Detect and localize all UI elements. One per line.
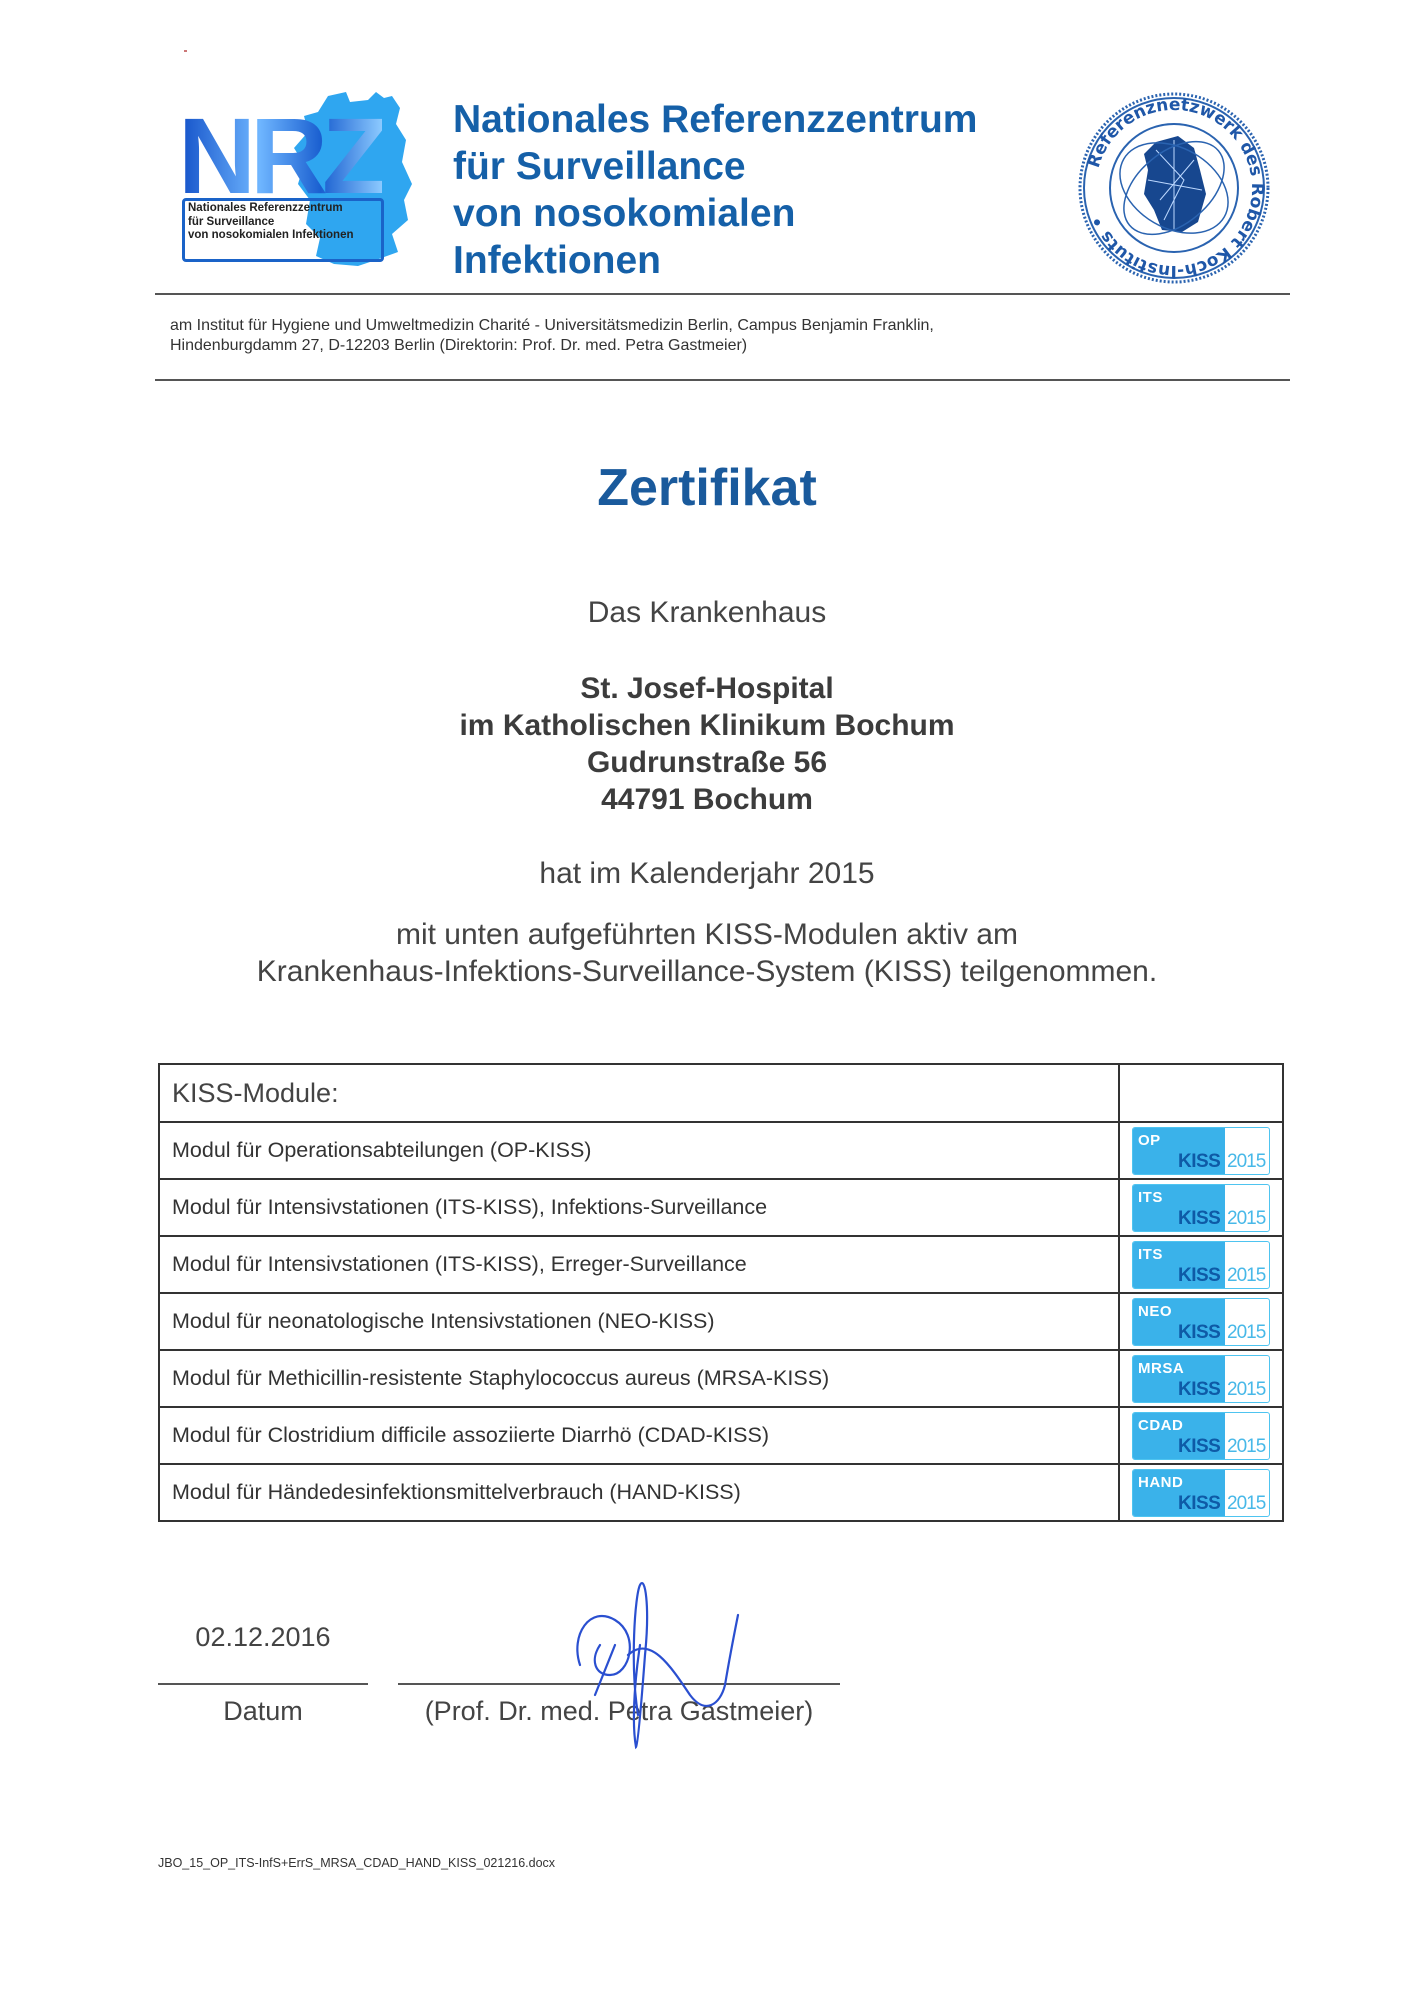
table-row: Modul für Intensivstationen (ITS-KISS), … bbox=[159, 1236, 1283, 1293]
organisation-title: Nationales Referenzzentrum für Surveilla… bbox=[453, 96, 977, 284]
badge-abbr: ITS bbox=[1138, 1189, 1163, 1206]
logo-line: Nationales Referenzzentrum bbox=[188, 202, 354, 216]
module-badge-cell: MRSAKISS2015 bbox=[1119, 1350, 1283, 1407]
hospital-street: Gudrunstraße 56 bbox=[0, 744, 1414, 781]
module-badge-cell: NEOKISS2015 bbox=[1119, 1293, 1283, 1350]
title-line: Nationales Referenzzentrum bbox=[453, 96, 977, 143]
nrz-logo-text: Nationales Referenzzentrum für Surveilla… bbox=[188, 202, 354, 243]
table-row: Modul für Operationsabteilungen (OP-KISS… bbox=[159, 1122, 1283, 1179]
kiss-2015-badge-icon: OPKISS2015 bbox=[1132, 1127, 1270, 1175]
address-line: Hindenburgdamm 27, D-12203 Berlin (Direk… bbox=[170, 336, 934, 356]
module-label: Modul für Intensivstationen (ITS-KISS), … bbox=[159, 1179, 1119, 1236]
module-badge-cell: ITSKISS2015 bbox=[1119, 1236, 1283, 1293]
badge-abbr: NEO bbox=[1138, 1303, 1172, 1320]
title-line: Infektionen bbox=[453, 237, 977, 284]
table-header-row: KISS-Module: bbox=[159, 1064, 1283, 1122]
badge-abbr: OP bbox=[1138, 1132, 1161, 1149]
module-badge-cell: ITSKISS2015 bbox=[1119, 1179, 1283, 1236]
nrz-logo: NRZ Nationales Referenzzentrum für Surve… bbox=[178, 88, 416, 268]
logo-line: von nosokomialen Infektionen bbox=[188, 229, 354, 243]
badge-abbr: MRSA bbox=[1138, 1360, 1184, 1377]
handwritten-signature-icon bbox=[540, 1575, 750, 1755]
participation-line: Krankenhaus-Infektions-Surveillance-Syst… bbox=[0, 953, 1414, 990]
participation-statement: mit unten aufgeführten KISS-Modulen akti… bbox=[0, 916, 1414, 990]
document-filename: JBO_15_OP_ITS-InfS+ErrS_MRSA_CDAD_HAND_K… bbox=[158, 1856, 555, 1870]
badge-kiss: KISS bbox=[1178, 1208, 1220, 1230]
kiss-2015-badge-icon: CDADKISS2015 bbox=[1132, 1412, 1270, 1460]
certificate-title: Zertifikat bbox=[0, 458, 1414, 518]
module-label: Modul für neonatologische Intensivstatio… bbox=[159, 1293, 1119, 1350]
badge-year: 2015 bbox=[1227, 1322, 1265, 1344]
module-label: Modul für Clostridium difficile assoziie… bbox=[159, 1407, 1119, 1464]
badge-kiss: KISS bbox=[1178, 1379, 1220, 1401]
hospital-city: 44791 Bochum bbox=[0, 781, 1414, 818]
title-line: für Surveillance bbox=[453, 143, 977, 190]
hospital-name: St. Josef-Hospital bbox=[0, 670, 1414, 707]
module-label: Modul für Methicillin-resistente Staphyl… bbox=[159, 1350, 1119, 1407]
badge-year: 2015 bbox=[1227, 1151, 1265, 1173]
table-row: Modul für neonatologische Intensivstatio… bbox=[159, 1293, 1283, 1350]
kiss-2015-badge-icon: HANDKISS2015 bbox=[1132, 1469, 1270, 1517]
address-line: am Institut für Hygiene und Umweltmedizi… bbox=[170, 316, 934, 336]
module-label: Modul für Operationsabteilungen (OP-KISS… bbox=[159, 1122, 1119, 1179]
badge-kiss: KISS bbox=[1178, 1493, 1220, 1515]
hospital-affiliation: im Katholischen Klinikum Bochum bbox=[0, 707, 1414, 744]
institute-address: am Institut für Hygiene und Umweltmedizi… bbox=[170, 316, 934, 356]
badge-year: 2015 bbox=[1227, 1379, 1265, 1401]
module-badge-cell: CDADKISS2015 bbox=[1119, 1407, 1283, 1464]
kiss-2015-badge-icon: ITSKISS2015 bbox=[1132, 1241, 1270, 1289]
header-divider bbox=[155, 293, 1290, 295]
module-badge-cell: HANDKISS2015 bbox=[1119, 1464, 1283, 1521]
kiss-2015-badge-icon: MRSAKISS2015 bbox=[1132, 1355, 1270, 1403]
kiss-2015-badge-icon: ITSKISS2015 bbox=[1132, 1184, 1270, 1232]
hospital-address-block: St. Josef-Hospital im Katholischen Klini… bbox=[0, 670, 1414, 818]
module-label: Modul für Händedesinfektionsmittelverbra… bbox=[159, 1464, 1119, 1521]
title-line: von nosokomialen bbox=[453, 190, 977, 237]
badge-abbr: ITS bbox=[1138, 1246, 1163, 1263]
date-label: Datum bbox=[158, 1696, 368, 1727]
logo-line: für Surveillance bbox=[188, 216, 354, 230]
badge-abbr: HAND bbox=[1138, 1474, 1183, 1491]
badge-kiss: KISS bbox=[1178, 1436, 1220, 1458]
signature-date: 02.12.2016 bbox=[158, 1622, 368, 1653]
scan-speck bbox=[184, 50, 187, 52]
table-row: Modul für Händedesinfektionsmittelverbra… bbox=[159, 1464, 1283, 1521]
badge-kiss: KISS bbox=[1178, 1322, 1220, 1344]
calendar-year-line: hat im Kalenderjahr 2015 bbox=[0, 857, 1414, 891]
badge-kiss: KISS bbox=[1178, 1151, 1220, 1173]
date-line bbox=[158, 1683, 368, 1685]
table-header-empty-cell bbox=[1119, 1064, 1283, 1122]
rki-seal-icon: Referenznetzwerk des Robert Koch-Institu… bbox=[1074, 90, 1274, 286]
table-header-label: KISS-Module: bbox=[159, 1064, 1119, 1122]
table-row: Modul für Intensivstationen (ITS-KISS), … bbox=[159, 1179, 1283, 1236]
module-badge-cell: OPKISS2015 bbox=[1119, 1122, 1283, 1179]
nrz-letters: NRZ bbox=[178, 106, 382, 206]
badge-abbr: CDAD bbox=[1138, 1417, 1183, 1434]
badge-year: 2015 bbox=[1227, 1265, 1265, 1287]
kiss-2015-badge-icon: NEOKISS2015 bbox=[1132, 1298, 1270, 1346]
address-divider bbox=[155, 379, 1290, 381]
hospital-intro: Das Krankenhaus bbox=[0, 596, 1414, 630]
badge-year: 2015 bbox=[1227, 1436, 1265, 1458]
badge-year: 2015 bbox=[1227, 1208, 1265, 1230]
table-row: Modul für Clostridium difficile assoziie… bbox=[159, 1407, 1283, 1464]
table-row: Modul für Methicillin-resistente Staphyl… bbox=[159, 1350, 1283, 1407]
kiss-modules-table: KISS-Module: Modul für Operationsabteilu… bbox=[158, 1063, 1284, 1522]
badge-year: 2015 bbox=[1227, 1493, 1265, 1515]
module-label: Modul für Intensivstationen (ITS-KISS), … bbox=[159, 1236, 1119, 1293]
badge-kiss: KISS bbox=[1178, 1265, 1220, 1287]
participation-line: mit unten aufgeführten KISS-Modulen akti… bbox=[0, 916, 1414, 953]
